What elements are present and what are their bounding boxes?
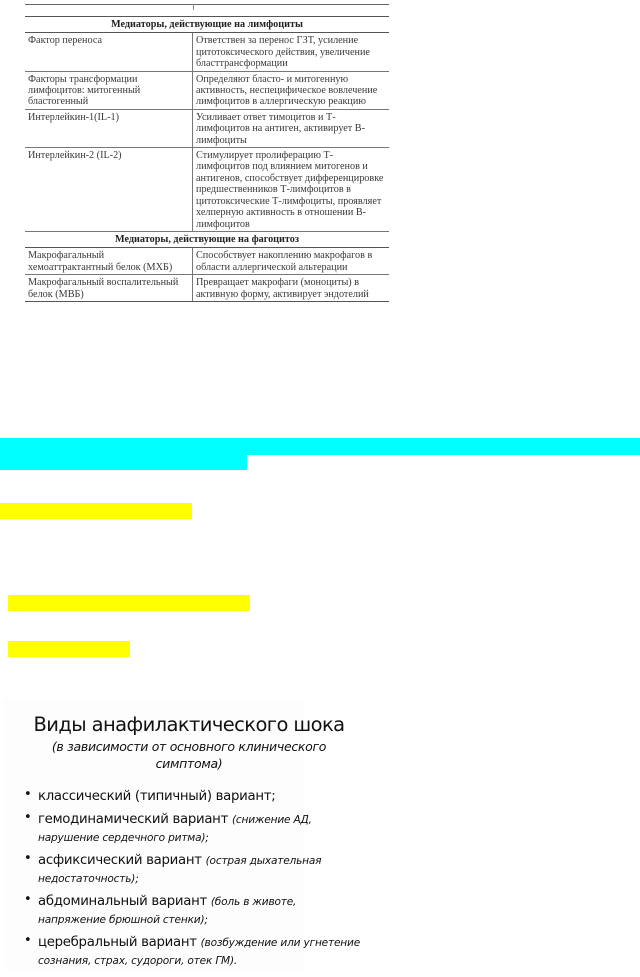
slide-subtitle: (в зависимости от основного клинического… [4,738,374,772]
bullet-icon: • [24,810,32,826]
yellow-highlight-band-2 [8,595,250,611]
yellow-highlight-band-3 [8,641,130,657]
section-heading: Медиаторы, действующие на лимфоциты [25,17,389,33]
mediator-name: Интерлейкин-1(IL-1) [25,109,193,147]
bullet-icon: • [24,933,32,949]
table-row: Интерлейкин-1(IL-1) Усиливает ответ тимо… [25,109,389,147]
mediator-description: Определяют бласто- и митогенную активнос… [193,71,390,109]
mediator-name: Макрофагальный хемоаттрактантный белок (… [25,248,193,275]
list-item: •абдоминальный вариант (боль в животе, н… [22,892,362,928]
table-row: Фактор переноса Ответствен за перенос ГЗ… [25,33,389,71]
bullet-icon: • [24,851,32,867]
mediators-table: Медиаторы, действующие на лимфоциты Факт… [25,16,389,302]
table-row: Макрофагальный воспалительный белок (МВБ… [25,275,389,302]
mediator-name: Фактор переноса [25,33,193,71]
list-item: •церебральный вариант (возбуждение или у… [22,933,362,969]
mediator-description: Усиливает ответ тимоцитов и Т-лимфоцитов… [193,109,390,147]
yellow-highlight-band-1 [0,503,192,519]
mediator-description: Ответствен за перенос ГЗТ, усиление цито… [193,33,390,71]
section-heading: Медиаторы, действующие на фагоцитоз [25,231,389,247]
mediator-description: Превращает макрофаги (моноциты) в активн… [193,275,390,302]
bullet-icon: • [24,892,32,908]
cyan-highlight-band-short [0,454,247,470]
mediator-name: Факторы трансформации лимфоцитов: митоге… [25,71,193,109]
table-row: Факторы трансформации лимфоцитов: митоге… [25,71,389,109]
table-row: Макрофагальный хемоаттрактантный белок (… [25,248,389,275]
top-rule [25,4,389,5]
table-row: Интерлейкин-2 (IL-2) Стимулирует пролифе… [25,148,389,232]
mediator-name: Интерлейкин-2 (IL-2) [25,148,193,232]
section-heading-row: Медиаторы, действующие на фагоцитоз [25,231,389,247]
mediator-description: Стимулирует пролиферацию Т-лимфоцитов по… [193,148,390,232]
list-item: •классический (типичный) вариант; [22,787,362,805]
shock-variants-list: •классический (типичный) вариант; •гемод… [22,787,362,974]
cyan-highlight-band-wide [0,438,640,455]
slide-subtitle-text: (в зависимости от основного клинического… [44,738,334,772]
bullet-icon: • [24,787,32,803]
mediator-description: Способствует накоплению макрофагов в обл… [193,248,390,275]
list-item: •гемодинамический вариант (снижение АД, … [22,810,362,846]
mediator-name: Макрофагальный воспалительный белок (МВБ… [25,275,193,302]
list-item: •асфиксический вариант (острая дыхательн… [22,851,362,887]
anaphylactic-shock-slide: Виды анафилактического шока (в зависимос… [4,700,304,970]
section-heading-row: Медиаторы, действующие на лимфоциты [25,17,389,33]
top-rule-tick [193,4,194,10]
slide-title: Виды анафилактического шока [4,713,374,736]
